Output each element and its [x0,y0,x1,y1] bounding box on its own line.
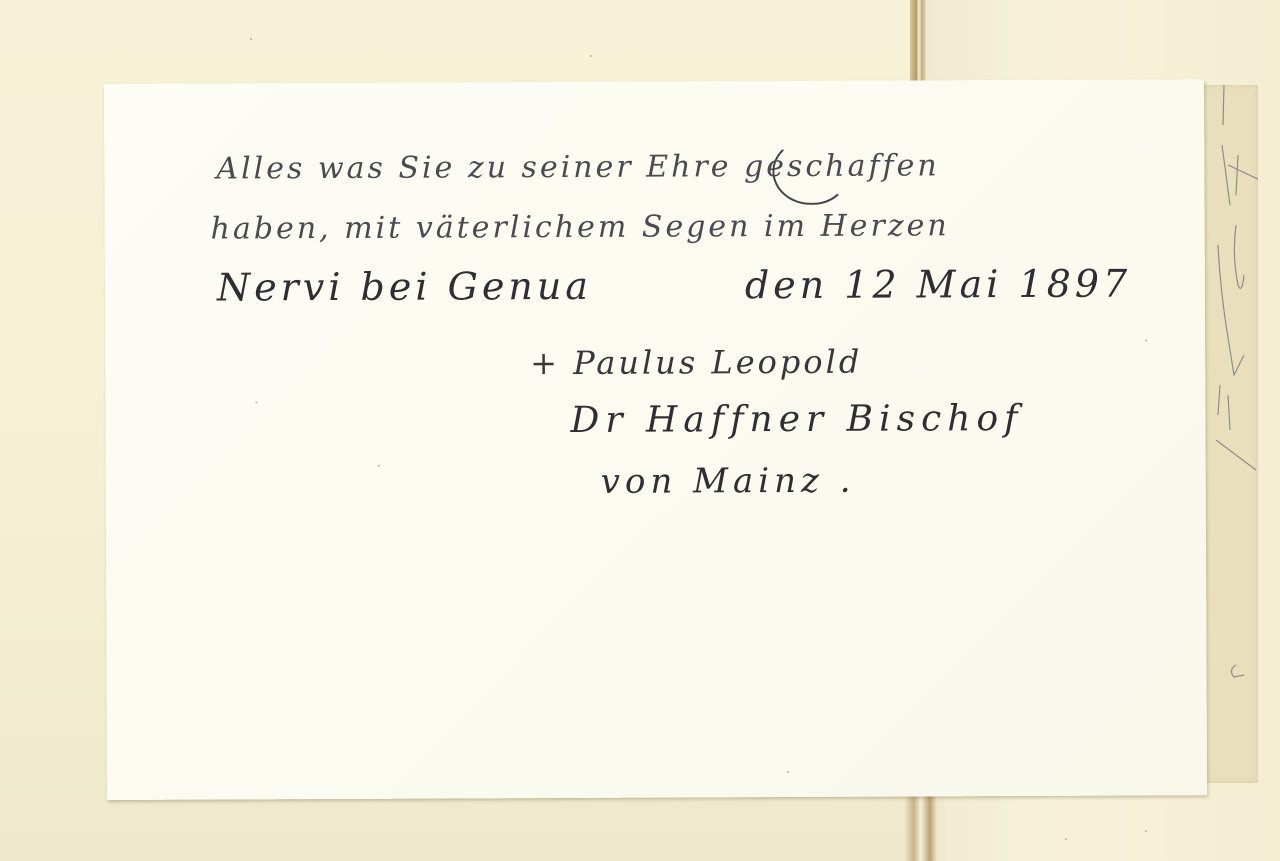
paper-speck [378,465,380,467]
pencil-marks-icon [1198,85,1258,783]
paper-speck [1145,339,1147,341]
page-speck [1065,838,1067,840]
signature-line-2: Dr Haffner Bischof [570,398,1023,441]
text-line-2: haben, mit väterlichem Segen im Herzen [211,208,950,246]
ink-flourish [772,139,848,205]
paper-speck [787,771,789,773]
autograph-card: Alles was Sie zu seiner Ehre geschaffen … [104,79,1207,800]
date-line: den 12 Mai 1897 [745,262,1132,308]
place-line: Nervi bei Genua [217,264,592,310]
signature-line-3: von Mainz . [601,461,856,502]
paper-speck [255,401,257,403]
page-speck [1145,830,1147,832]
page-speck [250,38,252,40]
page-speck [590,55,592,57]
signature-line-1: + Paulus Leopold [530,343,862,382]
